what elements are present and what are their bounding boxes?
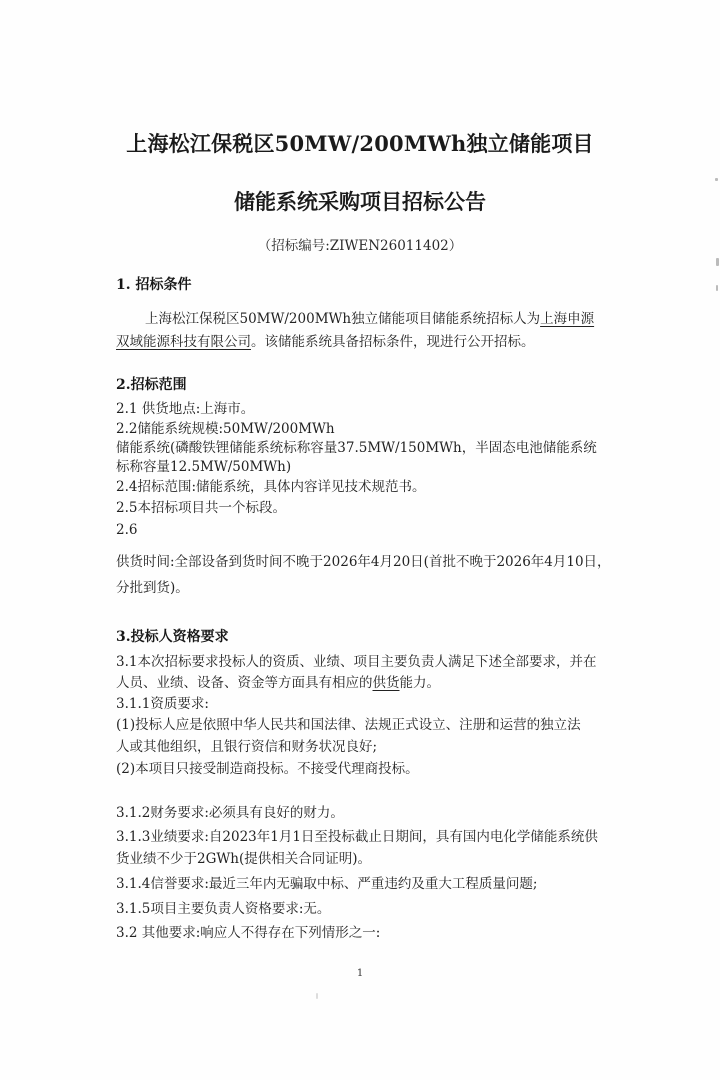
scan-artifact — [316, 993, 318, 999]
item-3-1-line2-suffix: 能力。 — [400, 675, 441, 691]
section-1-para-suffix: 。该储能系统具备招标条件，现进行公开招标。 — [251, 334, 535, 350]
item-3-1-1-b: (2)本项目只接受制造商投标。不接受代理商投标。 — [116, 757, 419, 777]
tenderer-name-part2: 双域能源科技有限公司 — [116, 334, 251, 350]
item-2-6-label: 2.6 — [116, 522, 137, 538]
scan-artifact — [716, 258, 719, 266]
item-3-1-1: 3.1.1资质要求: — [116, 692, 209, 712]
item-2-2-detail-line2: 标称容量12.5MW/50MWh) — [116, 455, 291, 475]
page-number: 1 — [0, 968, 720, 979]
item-2-2-detail-line1: 储能系统(磷酸铁锂储能系统标称容量37.5MW/150MWh，半固态电池储能系统 — [116, 436, 597, 456]
section-1-heading: 1. 招标条件 — [116, 274, 192, 294]
item-2-1: 2.1 供货地点:上海市。 — [116, 397, 254, 417]
item-2-4: 2.4招标范围:储能系统，具体内容详见技术规范书。 — [116, 475, 426, 495]
item-3-2: 3.2 其他要求:响应人不得存在下列情形之一: — [116, 921, 380, 941]
item-3-1-5: 3.1.5项目主要负责人资格要求:无。 — [116, 897, 330, 917]
item-2-6-line2: 分批到货)。 — [116, 576, 189, 596]
scan-artifact — [716, 285, 718, 291]
item-3-1-4: 3.1.4信誉要求:最近三年内无骗取中标、严重违约及重大工程质量问题; — [116, 872, 537, 892]
item-3-1-3-line2: 货业绩不少于2GWh(提供相关合同证明)。 — [116, 847, 371, 867]
section-1-para-line1: 上海松江保税区50MW/200MWh独立储能项目储能系统招标人为上海申源 — [145, 307, 594, 327]
item-2-2: 2.2储能系统规模:50MW/200MWh — [116, 417, 335, 437]
section-1-para-line2: 双域能源科技有限公司。该储能系统具备招标条件，现进行公开招标。 — [116, 330, 535, 350]
scan-artifact — [715, 178, 718, 181]
tenderer-name-part1: 上海申源 — [540, 311, 594, 327]
document-title-line1: 上海松江保税区50MW/200MWh独立储能项目 — [0, 128, 720, 158]
document-page: 上海松江保税区50MW/200MWh独立储能项目 储能系统采购项目招标公告 （招… — [0, 0, 720, 1080]
tender-code: （招标编号:ZIWEN26011402） — [0, 234, 720, 254]
item-3-1-1-a-line2: 人或其他组织，且银行资信和财务状况良好; — [116, 735, 377, 755]
item-2-6-line1: 供货时间:全部设备到货时间不晚于2026年4月20日(首批不晚于2026年4月1… — [116, 550, 611, 570]
item-3-1-line1: 3.1本次招标要求投标人的资质、业绩、项目主要负责人满足下述全部要求，并在 — [116, 650, 596, 670]
item-3-1-2: 3.1.2财务要求:必须具有良好的财力。 — [116, 801, 344, 821]
item-2-5: 2.5本招标项目共一个标段。 — [116, 496, 286, 516]
document-title-line2: 储能系统采购项目招标公告 — [0, 186, 720, 216]
supply-capability-underlined: 供货 — [373, 675, 400, 691]
item-3-1-line2-text: 人员、业绩、设备、资金等方面具有相应的 — [116, 675, 373, 691]
section-3-heading: 3.投标人资格要求 — [116, 626, 229, 646]
section-2-heading: 2.招标范围 — [116, 374, 187, 394]
item-3-1-3-line1: 3.1.3业绩要求:自2023年1月1日至投标截止日期间，具有国内电化学储能系统… — [116, 825, 598, 845]
section-1-para-text: 上海松江保税区50MW/200MWh独立储能项目储能系统招标人为 — [145, 311, 540, 327]
item-3-1-line2: 人员、业绩、设备、资金等方面具有相应的供货能力。 — [116, 671, 440, 691]
item-3-1-1-a-line1: (1)投标人应是依照中华人民共和国法律、法规正式设立、注册和运营的独立法 — [116, 713, 581, 733]
